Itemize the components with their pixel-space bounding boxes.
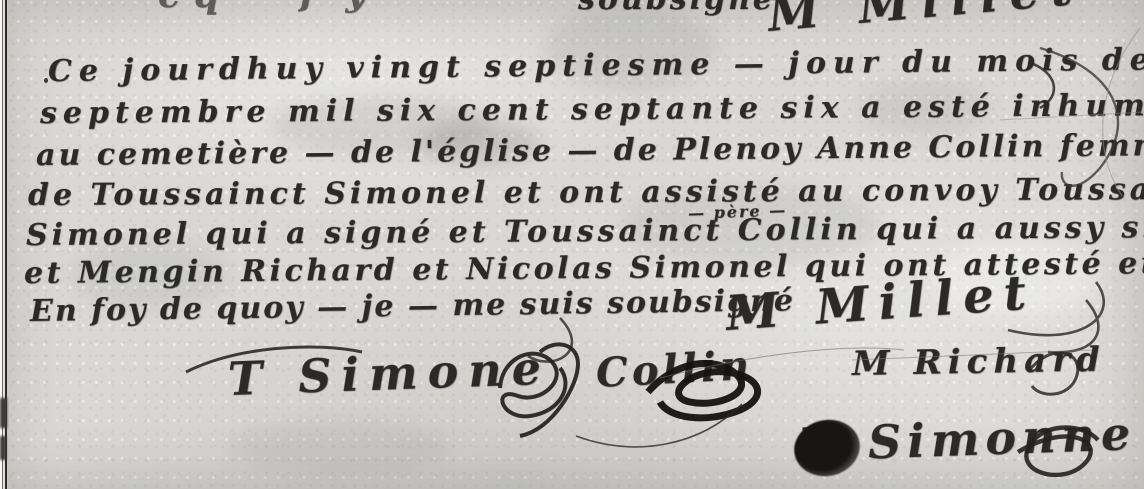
scan-edge-blot <box>0 398 7 428</box>
register-line-5: Simonel qui a signé et Toussainct Collin… <box>26 210 1144 253</box>
register-line-3: au cemetière — de l'église — de Plenoy A… <box>36 128 1144 173</box>
witness-signature-simonel: T Simone <box>227 341 552 406</box>
register-line-4: de Toussainct Simonel et ont assisté au … <box>28 172 1144 213</box>
register-line-1: Ce jourdhuy vingt septiesme — jour du mo… <box>48 42 1144 89</box>
priest-signature-top: M Millet <box>766 0 1086 42</box>
previous-entry-fragment: ſy <box>300 0 396 14</box>
scan-edge-blot <box>0 436 6 460</box>
previous-entry-closing-word: soubsigné <box>578 0 775 17</box>
previous-entry-fragment: cq <box>158 0 233 16</box>
witness-signature-richard: M Richard <box>852 340 1106 384</box>
paper-stain <box>230 420 450 475</box>
interline-insertion: — père — <box>688 201 788 223</box>
register-line-2: septembre mil six cent septante six a es… <box>40 88 1144 131</box>
manuscript-page: cq ſy soubsigné M Millet Ce jourdhuy vin… <box>0 0 1144 489</box>
witness-signature-collin: Collin <box>595 342 754 397</box>
register-line-7: En foy de quoy — je — me suis soubsigné <box>30 283 795 329</box>
collin-paraph-tail <box>576 404 742 447</box>
